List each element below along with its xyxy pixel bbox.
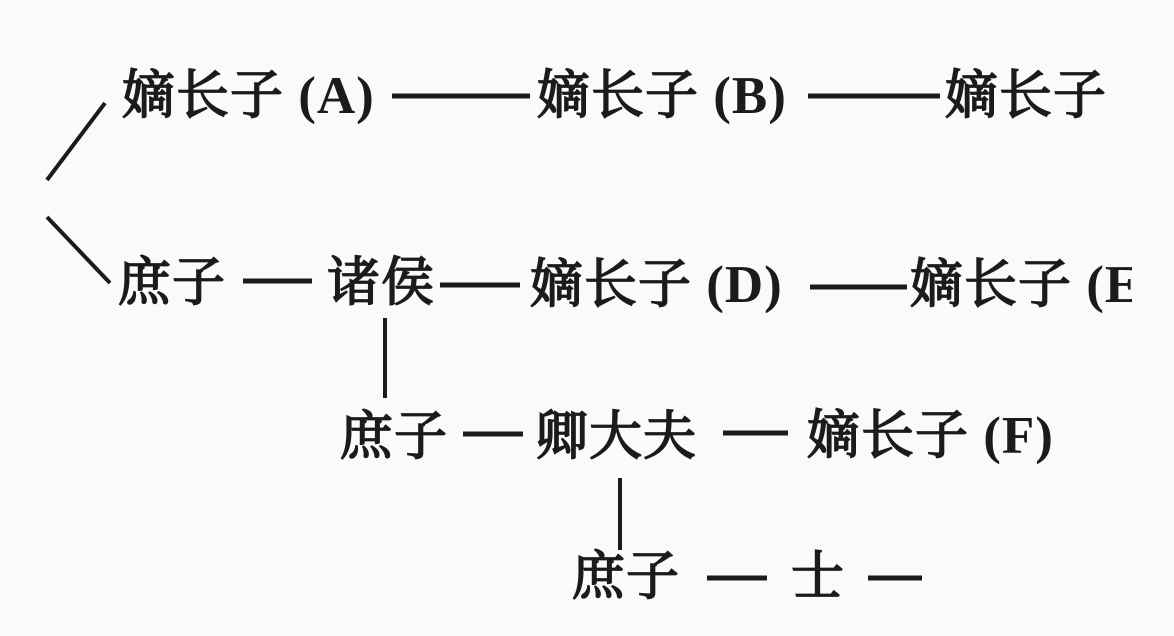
- node-zhuhou: 诸侯: [327, 253, 435, 313]
- node-shuzi-row3: 庶子: [340, 407, 448, 467]
- lineage-diagram: 嫡长子 (A) 嫡长子 (B) 嫡长子 庶子 诸侯 嫡长子 (D) 嫡长子 (E…: [0, 0, 1174, 636]
- branch-line-to-dizhangzi-a: [47, 103, 105, 180]
- node-dizhangzi-d: 嫡长子 (D): [530, 255, 783, 315]
- node-shuzi-row4: 庶子: [572, 547, 680, 607]
- node-qingdafu: 卿大夫: [535, 407, 697, 467]
- node-dizhangzi-c: 嫡长子: [945, 66, 1107, 126]
- node-dizhangzi-f: 嫡长子 (F): [807, 406, 1054, 466]
- node-dizhangzi-e: 嫡长子 (E): [910, 250, 1132, 320]
- branch-line-to-shuzi: [47, 217, 110, 283]
- node-shuzi-row2: 庶子: [118, 253, 226, 313]
- node-dizhangzi-b: 嫡长子 (B): [537, 66, 787, 126]
- node-shi: 士: [791, 547, 845, 607]
- node-dizhangzi-e-clipped: 嫡长子 (E): [910, 250, 1132, 320]
- node-dizhangzi-a: 嫡长子 (A): [122, 66, 375, 126]
